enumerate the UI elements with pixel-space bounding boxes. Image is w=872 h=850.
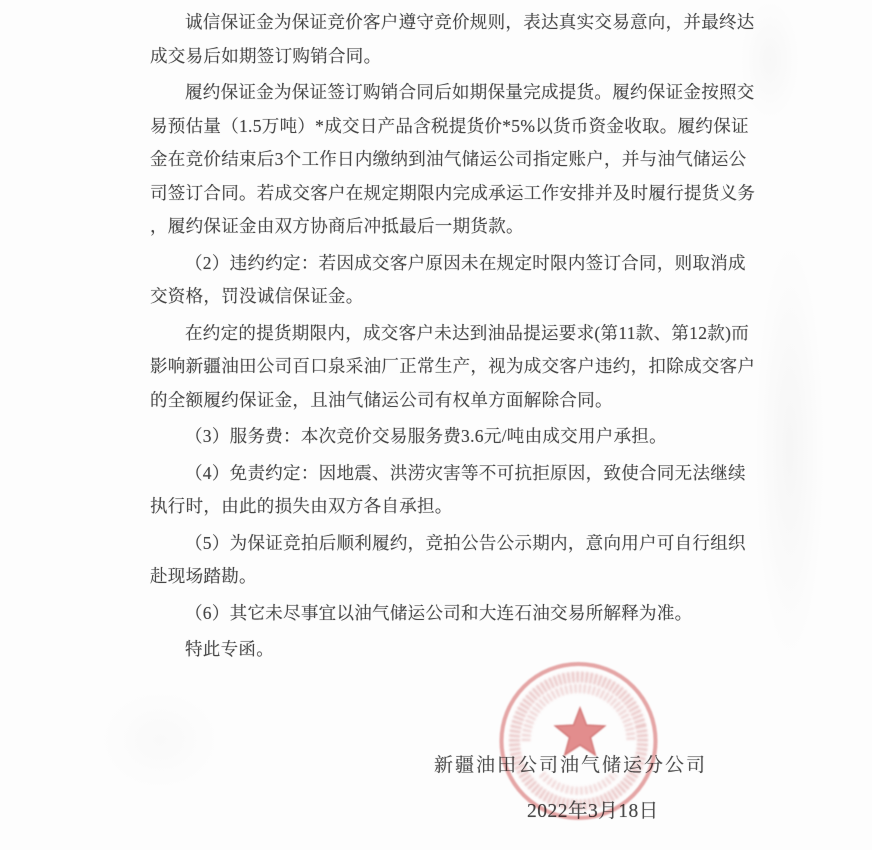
document-line: 特此专函。 — [150, 633, 762, 667]
scan-artifact — [100, 690, 220, 790]
signature-company-name: 新疆油田公司油气储运分公司 — [434, 750, 707, 777]
document-line: （2）违约约定：若因成交客户原因未在规定时限内签订合同，则取消成 — [150, 247, 762, 281]
document-line: （3）服务费：本次竞价交易服务费3.6元/吨由成交用户承担。 — [150, 420, 762, 454]
document-line: 履约保证金为保证签订购销合同后如期保量完成提货。履约保证金按照交 — [150, 76, 762, 110]
document-line: 司签订合同。若成交客户在规定期限内完成承运工作安排并及时履行提货义务 — [150, 177, 762, 211]
signature-date: 2022年3月18日 — [527, 795, 659, 823]
document-line: （6）其它未尽事宜以油气储运公司和大连石油交易所解释为准。 — [150, 597, 762, 631]
scan-artifact — [755, 240, 825, 660]
document-line: 在约定的提货期限内，成交客户未达到油品提运要求(第11款、第12款)而 — [150, 317, 762, 351]
document-body: 诚信保证金为保证竞价客户遵守竞价规则，表达真实交易意向，并最终达 成交易后如期签… — [150, 6, 762, 667]
document-line: 影响新疆油田公司百口泉采油厂正常生产，视为成交客户违约，扣除成交客户 — [150, 350, 762, 384]
scanned-document-page: 诚信保证金为保证竞价客户遵守竞价规则，表达真实交易意向，并最终达 成交易后如期签… — [0, 0, 872, 850]
document-line: 金在竞价结束后3个工作日内缴纳到油气储运公司指定账户，并与油气储运公 — [150, 143, 762, 177]
document-line: 赴现场踏勘。 — [150, 560, 762, 594]
document-line: 易预估量（1.5万吨）*成交日产品含税提货价*5%以货币资金收取。履约保证 — [150, 110, 762, 144]
document-line: （5）为保证竞拍后顺利履约，竞拍公告公示期内，意向用户可自行组织 — [150, 527, 762, 561]
document-line: 交资格，罚没诚信保证金。 — [150, 280, 762, 314]
document-line: 诚信保证金为保证竞价客户遵守竞价规则，表达真实交易意向，并最终达 — [150, 6, 762, 40]
document-line: ，履约保证金由双方协商后冲抵最后一期货款。 — [150, 210, 762, 244]
document-line: 的全额履约保证金，且油气储运公司有权单方面解除合同。 — [150, 384, 762, 418]
seal-star-icon — [555, 708, 604, 755]
document-line: 成交易后如期签订购销合同。 — [150, 40, 762, 74]
document-line: （4）免责约定：因地震、洪涝灾害等不可抗拒原因，致使合同无法继续 — [150, 457, 762, 491]
document-line: 执行时，由此的损失由双方各自承担。 — [150, 490, 762, 524]
